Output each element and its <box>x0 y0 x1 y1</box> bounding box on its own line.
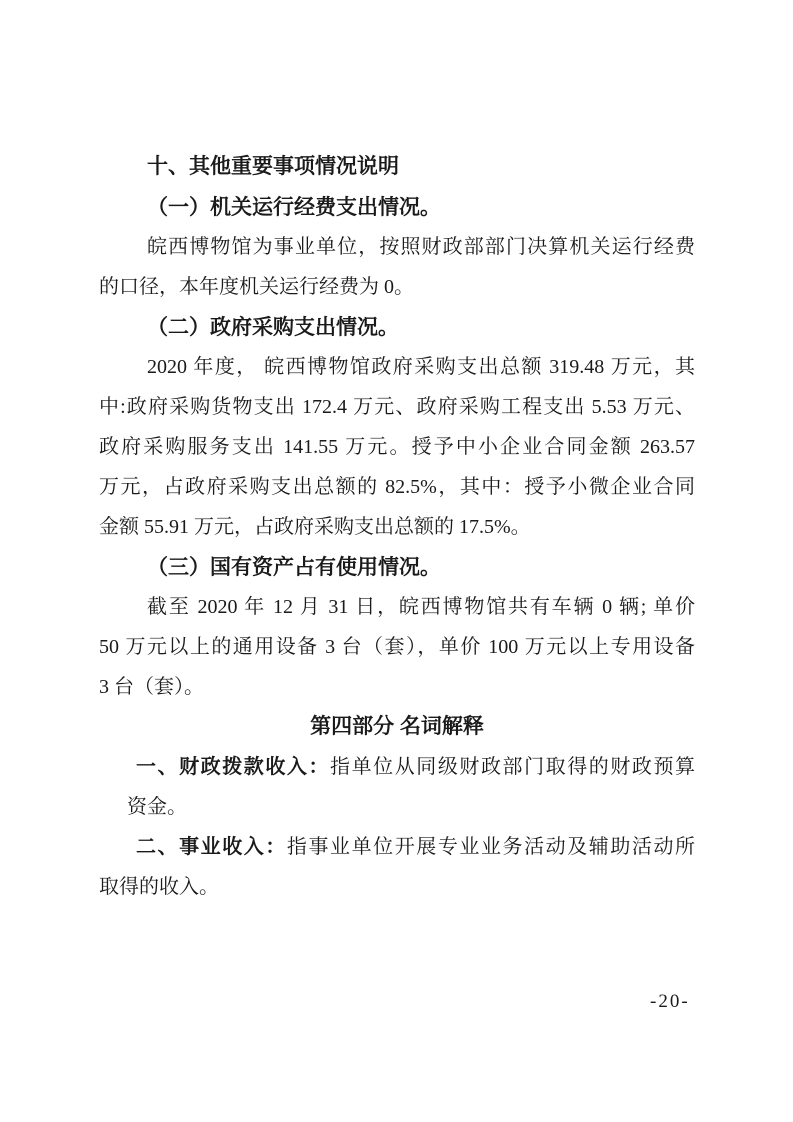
document-page: 十、其他重要事项情况说明 （一）机关运行经费支出情况。 皖西博物馆为事业单位，按… <box>0 0 793 1122</box>
subsection-three-heading: （三）国有资产占有使用情况。 <box>99 547 695 587</box>
term-one-line-2: 资金。 <box>99 787 695 827</box>
document-body: 十、其他重要事项情况说明 （一）机关运行经费支出情况。 皖西博物馆为事业单位，按… <box>99 147 695 907</box>
paragraph-agency-operating-line-2: 的口径，本年度机关运行经费为 0。 <box>99 267 695 307</box>
term-two-label: 二、事业收入： <box>136 836 287 858</box>
paragraph-procurement-line-5: 金额 55.91 万元，占政府采购支出总额的 17.5%。 <box>99 507 695 547</box>
subsection-one-heading: （一）机关运行经费支出情况。 <box>99 187 695 227</box>
paragraph-agency-operating-line-1: 皖西博物馆为事业单位，按照财政部部门决算机关运行经费 <box>99 227 695 267</box>
paragraph-state-assets-line-2: 50 万元以上的通用设备 3 台（套），单价 100 万元以上专用设备 <box>99 627 695 667</box>
paragraph-state-assets-line-3: 3 台（套）。 <box>99 667 695 707</box>
term-two-definition: 指事业单位开展专业业务活动及辅助活动所 <box>287 836 695 858</box>
subsection-two-heading: （二）政府采购支出情况。 <box>99 307 695 347</box>
term-one-definition: 指单位从同级财政部门取得的财政预算 <box>330 756 695 778</box>
section-ten-heading: 十、其他重要事项情况说明 <box>99 147 695 187</box>
term-two-line-2: 取得的收入。 <box>99 867 695 907</box>
paragraph-procurement-line-4: 万元，占政府采购支出总额的 82.5%，其中：授予小微企业合同 <box>99 467 695 507</box>
page-number: -20- <box>650 991 690 1013</box>
term-one-label: 一、财政拨款收入： <box>136 756 330 778</box>
paragraph-procurement-line-2: 中:政府采购货物支出 172.4 万元、政府采购工程支出 5.53 万元、 <box>99 387 695 427</box>
part-four-heading: 第四部分 名词解释 <box>99 707 695 747</box>
term-two-line-1: 二、事业收入：指事业单位开展专业业务活动及辅助活动所 <box>99 827 695 867</box>
paragraph-procurement-line-1: 2020 年度， 皖西博物馆政府采购支出总额 319.48 万元，其 <box>99 347 695 387</box>
term-one-line-1: 一、财政拨款收入：指单位从同级财政部门取得的财政预算 <box>99 747 695 787</box>
paragraph-procurement-line-3: 政府采购服务支出 141.55 万元。授予中小企业合同金额 263.57 <box>99 427 695 467</box>
paragraph-state-assets-line-1: 截至 2020 年 12 月 31 日，皖西博物馆共有车辆 0 辆; 单价 <box>99 587 695 627</box>
